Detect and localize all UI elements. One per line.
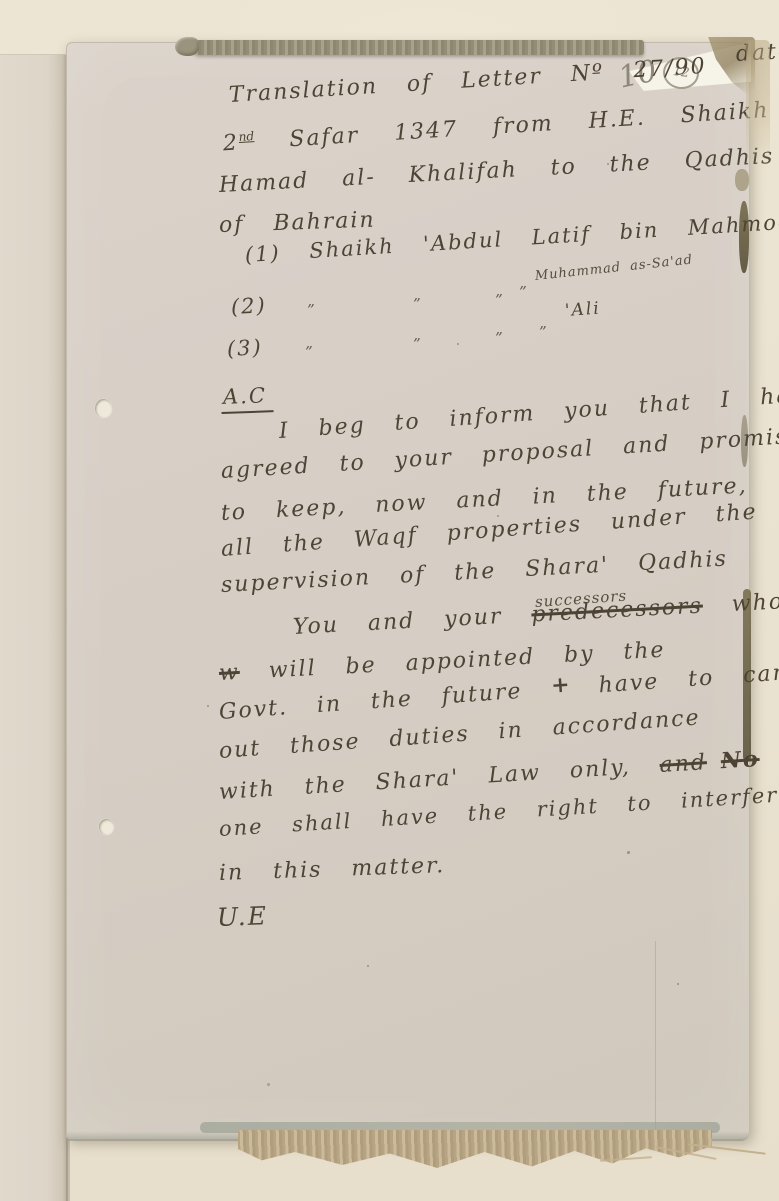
- heading-line-4: of Bahrain: [219, 208, 376, 238]
- paper-speck: [457, 343, 459, 345]
- salutation: A.C: [221, 383, 274, 409]
- body-segment: Govt. in the future: [218, 677, 552, 725]
- body-segment: who: [702, 589, 779, 618]
- addressee-3-number: (3): [226, 335, 263, 361]
- ditto-mark: ”: [495, 291, 503, 309]
- heading-line-1: Translation of Letter Nº 27/90dated: [228, 48, 779, 108]
- underlying-page-edge: [0, 54, 68, 1201]
- heading-line-2-ordinal: nd: [238, 129, 254, 144]
- paper-speck: [207, 705, 209, 707]
- heading-line-2-text: Safar 1347 from H.E. Shaikh: [254, 98, 770, 154]
- ditto-mark: ”: [539, 323, 547, 341]
- paper-speck: [627, 851, 630, 854]
- paper-speck: [267, 1083, 270, 1086]
- manuscript-page: 10 12 Translation of Letter Nº 27/90date…: [66, 42, 750, 1140]
- addressee-1-number: (1): [244, 241, 281, 267]
- ditto-mark: ”: [519, 283, 527, 301]
- paper-crease: [655, 941, 656, 1136]
- addressee-2-name-inserted: Muhammad as-Sa'ad: [534, 252, 693, 284]
- translator-initials: U.E: [216, 901, 268, 932]
- punch-hole: [95, 399, 112, 418]
- binding-remnant-right: [746, 40, 770, 170]
- struck-word-and: and: [659, 750, 708, 778]
- archival-scan-background: 10 12 Translation of Letter Nº 27/90date…: [0, 0, 779, 1201]
- heading-line-1-text: Translation of Letter Nº 27/90: [228, 54, 707, 108]
- ditto-mark: ”: [307, 301, 315, 319]
- struck-word: w: [218, 660, 240, 686]
- body-line: in this matter.: [219, 853, 446, 886]
- frayed-binding-fabric: [238, 1130, 712, 1168]
- addressee-3-name: 'Ali: [564, 299, 601, 321]
- punch-hole: [99, 819, 114, 835]
- paper-speck: [677, 983, 679, 985]
- paper-speck: [367, 965, 369, 967]
- ditto-mark: ”: [305, 343, 313, 361]
- ditto-mark: ”: [495, 329, 503, 347]
- addressee-2-number: (2): [230, 293, 267, 319]
- heading-line-2-number: 2: [222, 130, 239, 156]
- edge-stain: [735, 169, 749, 191]
- ditto-mark: ”: [413, 335, 421, 353]
- addressee-1-name: Shaikh 'Abdul Latif bin Mahmood: [309, 209, 779, 263]
- salutation-text: A.C: [221, 383, 274, 414]
- insertion-caret: +: [550, 672, 570, 699]
- body-segment: You and your: [292, 603, 532, 640]
- binding-cloth-strip: [192, 40, 644, 55]
- heading-line-3: Hamad al- Khalifah to the Qadhis: [218, 144, 775, 198]
- ditto-mark: ”: [413, 295, 421, 313]
- overwritten-word-no: No: [720, 746, 760, 774]
